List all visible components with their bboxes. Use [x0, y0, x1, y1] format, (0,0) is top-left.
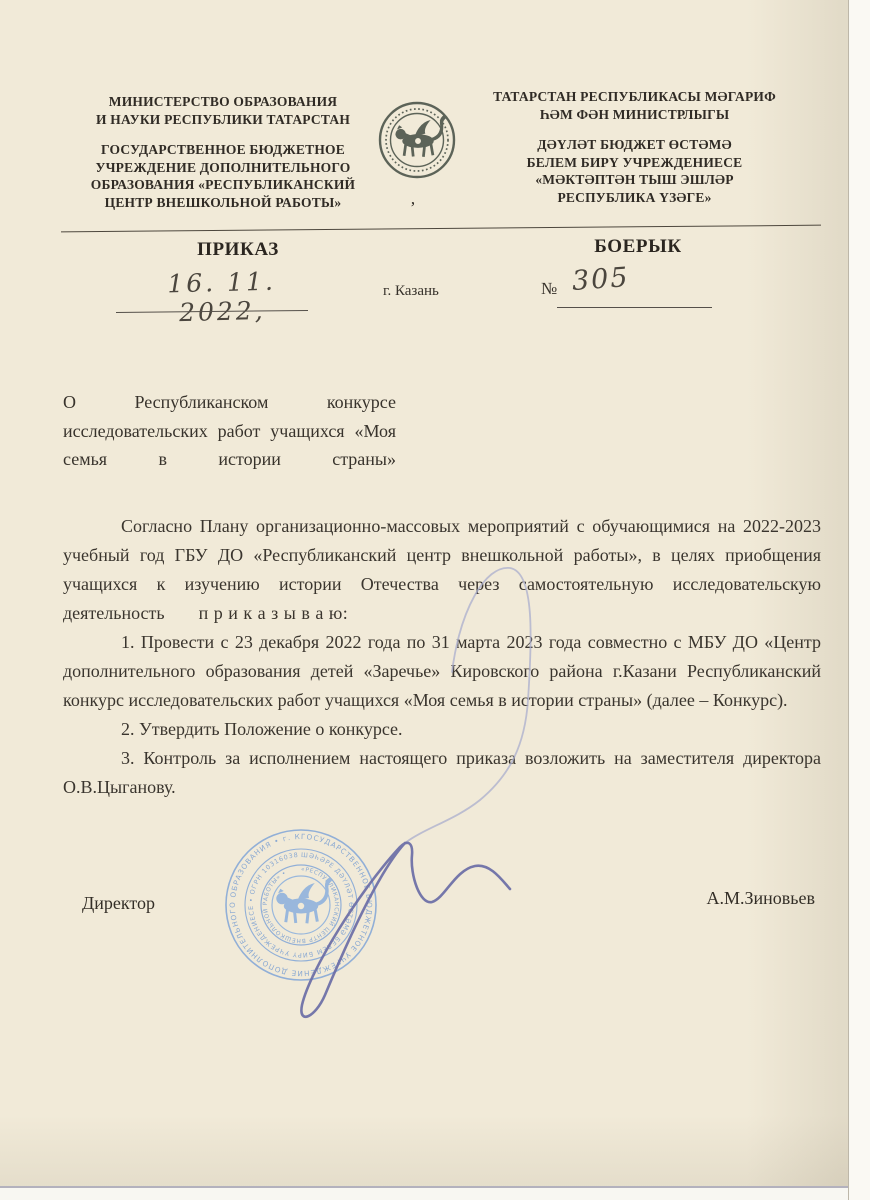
order-title-ru: ПРИКАЗ [168, 239, 308, 261]
handwritten-number: 305 [571, 262, 631, 297]
number-sign: № [541, 279, 557, 299]
signatory-name: А.М.Зиновьев [620, 888, 815, 909]
order-subject: О Республиканском конкурсе исследователь… [63, 388, 396, 474]
ministry-name-tt: ТАТАРСТАН РЕСПУБЛИКАСЫ МӘГАРИФ ҺӘМ ФӘН М… [452, 88, 817, 123]
signature-faint-stroke [405, 568, 531, 843]
number-underline [557, 307, 712, 308]
handwritten-date: 16. 11. 2022, [121, 265, 322, 328]
signature-main-stroke [301, 843, 510, 1017]
scan-edge-bottom [0, 1186, 848, 1200]
city-label: г. Казань [383, 283, 439, 300]
institution-name-ru: ГОСУДАРСТВЕННОЕ БЮДЖЕТНОЕ УЧРЕЖДЕНИЕ ДОП… [68, 141, 378, 211]
org-block-tatar: ТАТАРСТАН РЕСПУБЛИКАСЫ МӘГАРИФ ҺӘМ ФӘН М… [452, 88, 817, 206]
signatory-position: Директор [82, 893, 155, 914]
scan-speck: ’ [410, 198, 416, 218]
ministry-name-ru: МИНИСТЕРСТВО ОБРАЗОВАНИЯ И НАУКИ РЕСПУБЛ… [68, 93, 378, 128]
org-block-russian: МИНИСТЕРСТВО ОБРАЗОВАНИЯ И НАУКИ РЕСПУБЛ… [68, 93, 378, 211]
tatarstan-emblem-icon [377, 100, 457, 180]
institution-name-tt: ДӘҮЛӘТ БЮДЖЕТ ӨСТӘМӘ БЕЛЕМ БИРҮ УЧРЕЖДЕН… [452, 136, 817, 206]
handwritten-signature [280, 540, 600, 1040]
scanned-order-document: { "colors": { "paper": "#f1ead8", "ink":… [0, 0, 870, 1200]
order-title-tt: БОЕРЫК [578, 236, 698, 258]
scan-edge-right [848, 0, 870, 1200]
